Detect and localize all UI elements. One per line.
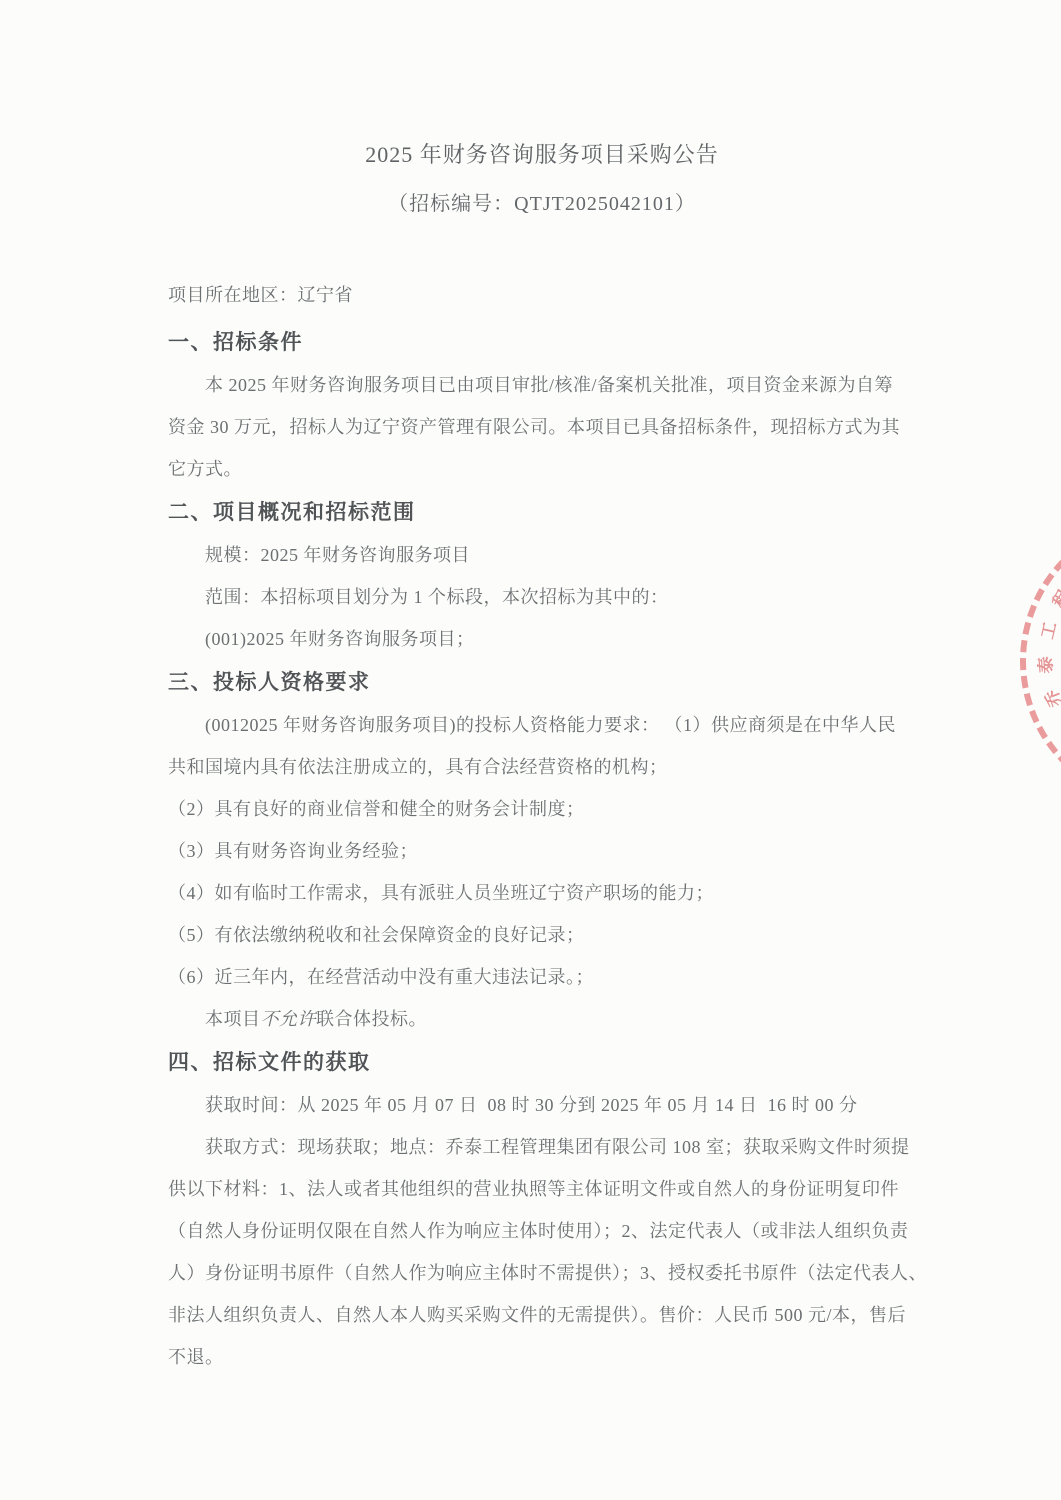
seal-character: 程 <box>1045 584 1061 611</box>
text-line: 规模：2025 年财务咨询服务项目 <box>168 534 916 576</box>
section-heading: 二、项目概况和招标范围 <box>168 490 916 534</box>
text-line: 供以下材料：1、法人或者其他组织的营业执照等主体证明文件或自然人的身份证明复印件 <box>168 1168 916 1210</box>
page: 2025 年财务咨询服务项目采购公告 （招标编号：QTJT2025042101）… <box>0 0 1061 1500</box>
document-column: 2025 年财务咨询服务项目采购公告 （招标编号：QTJT2025042101）… <box>168 0 916 1378</box>
text-line: 共和国境内具有依法注册成立的，具有合法经营资格的机构； <box>168 746 916 788</box>
text-line: （3）具有财务咨询业务经验； <box>168 830 916 872</box>
section-heading: 四、招标文件的获取 <box>168 1040 916 1084</box>
seal-character: 乔 <box>1037 687 1061 712</box>
section-heading: 三、投标人资格要求 <box>168 660 916 704</box>
text-line: （6）近三年内，在经营活动中没有重大违法记录。； <box>168 956 916 998</box>
text-line: （5）有依法缴纳税收和社会保障资金的良好记录； <box>168 914 916 956</box>
text-line: 资金 30 万元，招标人为辽宁资产管理有限公司。本项目已具备招标条件，现招标方式… <box>168 406 916 448</box>
seal-character: 工 <box>1033 619 1061 641</box>
text-line: （自然人身份证明仅限在自然人作为响应主体时使用）；2、法定代表人（或非法人组织负… <box>168 1210 916 1252</box>
sections: 一、招标条件本 2025 年财务咨询服务项目已由项目审批/核准/备案机关批准，项… <box>168 320 916 1378</box>
text-line: (001)2025 年财务咨询服务项目； <box>168 618 916 660</box>
section-heading: 一、招标条件 <box>168 320 916 364</box>
text-line: 不退。 <box>168 1336 916 1378</box>
text-line: 人）身份证明书原件（自然人作为响应主体时不需提供）；3、授权委托书原件（法定代表… <box>168 1252 916 1294</box>
text-line: (0012025 年财务咨询服务项目)的投标人资格能力要求： （1）供应商须是在… <box>168 704 916 746</box>
text-line: 获取时间：从 2025 年 05 月 07 日 08 时 30 分到 2025 … <box>168 1084 916 1126</box>
bid-number-subtitle: （招标编号：QTJT2025042101） <box>168 190 916 218</box>
seal-character: 泰 <box>1031 656 1057 675</box>
text-line: 本项目不允许联合体投标。 <box>168 998 916 1040</box>
text-line: 本 2025 年财务咨询服务项目已由项目审批/核准/备案机关批准，项目资金来源为… <box>168 364 916 406</box>
project-region-line: 项目所在地区：辽宁省 <box>168 274 916 316</box>
text-line: （4）如有临时工作需求，具有派驻人员坐班辽宁资产职场的能力； <box>168 872 916 914</box>
text-segment: 本项目 <box>205 1009 261 1029</box>
company-seal: 程工泰乔 <box>1020 515 1061 807</box>
text-segment: 联合体投标。 <box>316 1009 427 1029</box>
text-line: 它方式。 <box>168 448 916 490</box>
italic-emphasis: 不允许 <box>261 1009 317 1029</box>
text-line: 非法人组织负责人、自然人本人购买采购文件的无需提供）。售价：人民币 500 元/… <box>168 1294 916 1336</box>
page-title: 2025 年财务咨询服务项目采购公告 <box>168 140 916 170</box>
text-line: （2）具有良好的商业信誉和健全的财务会计制度； <box>168 788 916 830</box>
text-line: 获取方式：现场获取；地点：乔泰工程管理集团有限公司 108 室；获取采购文件时须… <box>168 1126 916 1168</box>
text-line: 范围：本招标项目划分为 1 个标段，本次招标为其中的： <box>168 576 916 618</box>
